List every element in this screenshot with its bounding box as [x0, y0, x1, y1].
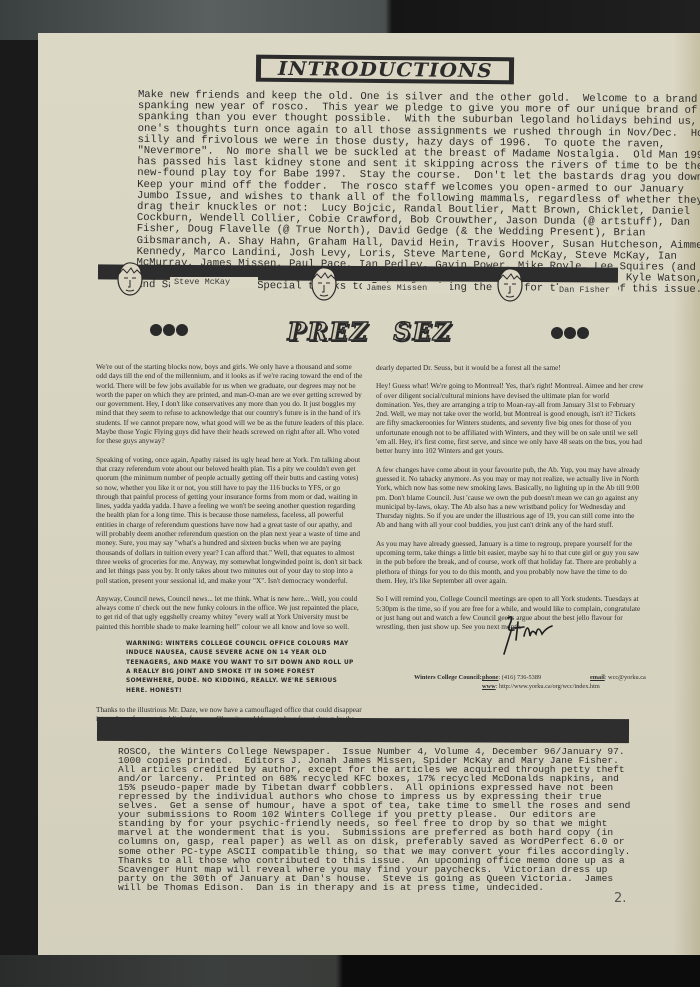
bullet-dots-icon [551, 327, 589, 339]
prez-sez-word: SEZ [393, 317, 452, 346]
article-paragraph: Speaking of voting, once again, Apathy r… [96, 455, 364, 585]
article-paragraph: Anyway, Council news, Council news... le… [96, 594, 364, 631]
staff-name-tag: Steve McKay [170, 277, 258, 288]
introductions-heading: INTRODUCTIONS [256, 55, 514, 85]
staff-name-tag: James Missen [362, 283, 450, 294]
page-number: 2. [614, 891, 626, 906]
article-paragraph: dearly departed Dr. Seuss, but it would … [376, 363, 644, 372]
email-label: email [590, 674, 605, 681]
signature [500, 610, 560, 660]
prez-sez-left-column: We're out of the starting blocks now, bo… [96, 362, 364, 732]
masthead-divider-bar [97, 717, 629, 743]
article-paragraph: As you may have already guessed, January… [376, 539, 644, 585]
staff-name-tag: Dan Fisher [555, 285, 618, 296]
www-label: www [482, 683, 496, 690]
text-line: will be Thomas Edison. Dan is in therapy… [118, 883, 648, 892]
contact-label: Winters College Council: [414, 673, 482, 682]
staff-face-icon [115, 260, 145, 298]
staff-face-icon [495, 266, 525, 304]
website-url: http://www.yorku.ca/org/wcc/index.htm [499, 683, 600, 690]
bullet-dots-icon [150, 324, 188, 336]
staff-face-icon [309, 265, 339, 303]
prez-sez-right-column: dearly departed Dr. Seuss, but it would … [376, 363, 644, 640]
masthead-body: ROSCO, the Winters College Newspaper. Is… [118, 747, 648, 892]
phone-label: phone [482, 674, 498, 681]
warning-notice: WARNING: Winters College Council office … [126, 640, 358, 696]
prez-sez-heading: PREZ SEZ [270, 318, 470, 344]
phone-number: (416) 736-5389 [502, 674, 541, 681]
article-paragraph: A few changes have come about in your fa… [376, 465, 644, 530]
article-paragraph: We're out of the starting blocks now, bo… [96, 362, 364, 446]
article-paragraph: Hey! Guess what! We're going to Montreal… [376, 381, 644, 455]
prez-sez-word: PREZ [288, 317, 370, 346]
introductions-title: INTRODUCTIONS [277, 57, 492, 81]
email-address: wcc@yorku.ca [608, 674, 646, 681]
scan-background-bottom [0, 955, 700, 987]
